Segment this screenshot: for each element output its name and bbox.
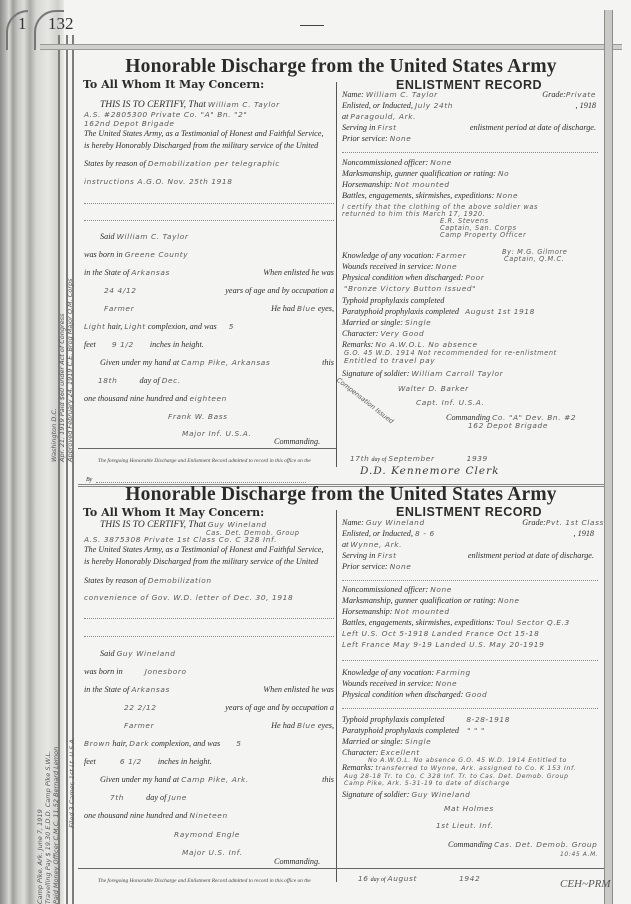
discharge-reason: Demobilization per telegraphic (148, 159, 280, 168)
testimonial-text: The United States Army, as a Testimonial… (84, 129, 323, 141)
blank-line (342, 660, 598, 661)
column-divider (336, 510, 337, 882)
blank-line (342, 152, 598, 153)
form-title: Honorable Discharge from the United Stat… (78, 56, 604, 78)
record-statement: The foregoing Honorable Discharge and En… (98, 878, 311, 884)
blank-line (96, 482, 306, 483)
enl-officer-name: Walter D. Barker (398, 384, 469, 396)
reason-line: States by reason of Demobilization per t… (84, 159, 280, 171)
enl-officer-rank: 1st Lieut. Inf. (436, 821, 493, 833)
discharge-form-1: Honorable Discharge from the United Stat… (78, 0, 604, 500)
given-year-line: one thousand nine hundred and Nineteen (84, 811, 228, 823)
margin-note: Travelling Pay $ 19.30 E.D.D. Camp Pike … (44, 751, 52, 904)
discharge-form-2: Honorable Discharge from the United Stat… (78, 484, 604, 904)
margin-note: Approved February 24, 1919 C.E. Brog Maj… (66, 278, 74, 462)
blank-line (84, 203, 334, 204)
given-year-line: one thousand nine hundred and eighteen (84, 394, 227, 406)
officer-rank: Major U.S. Inf. (182, 848, 243, 860)
said-line: Said Guy Wineland (100, 649, 176, 661)
blank-line (342, 708, 598, 709)
enl-physical-line: Physical condition when discharged: Good (342, 690, 487, 702)
margin-note: Camp Pike, Ark. June 7, 1919 (36, 809, 44, 904)
appearance-line: Brown hair, Dark complexion, and was 5 (84, 739, 334, 751)
tab-number: 1 (18, 14, 27, 34)
form-title: Honorable Discharge from the United Stat… (78, 484, 604, 506)
reason-line-2: instructions A.G.O. Nov. 25th 1918 (84, 177, 233, 189)
margin-note: Washington D.C. (50, 408, 58, 462)
compensation-note: Compensation Issued (335, 376, 395, 425)
soldier-name: William C. Taylor (208, 100, 280, 109)
height-line: feet 9 1/2 inches in height. (84, 340, 204, 352)
state-line: in the State of Arkansas When enlisted h… (84, 685, 334, 697)
birthplace-line: was born in Jonesboro (84, 667, 187, 679)
given-day-line: 18th day of Dec. (84, 376, 181, 388)
appearance-line: Light hair, Light complexion, and was 5 (84, 322, 334, 334)
enl-prior-line: Prior service: None (342, 134, 411, 146)
record-statement: The foregoing Honorable Discharge and En… (98, 458, 311, 464)
given-day-line: 7th day of June (84, 793, 187, 805)
height-line: feet 6 1/2 inches in height. (84, 757, 212, 769)
enl-officer-rank: Capt. Inf. U.S.A. (416, 398, 485, 410)
enl-officer-name: Mat Holmes (444, 804, 494, 816)
clerk-signature: D.D. Kennemore Clerk (360, 465, 499, 477)
remarks-note: Camp Pike, Ark. 5-31-19 to date of disch… (344, 778, 510, 790)
said-line: Said William C. Taylor (100, 232, 189, 244)
state-line: in the State of Arkansas When enlisted h… (84, 268, 334, 280)
testimonial-text: is hereby Honorably Discharged from the … (84, 141, 318, 153)
page-number: 132 (48, 14, 74, 34)
clothing-note-title: Camp Property Officer (440, 230, 526, 242)
margin-note: Apr. 21, 1919 Paid $60 under Act of Cong… (58, 314, 66, 462)
time-note: 10:45 A.M. (560, 849, 598, 861)
margin-note: Paid Money Officer C.M.C. 11.52 Bernard … (52, 747, 60, 904)
officer-signature: Raymond Engle (174, 830, 240, 842)
reason-line: States by reason of Demobilization (84, 576, 212, 588)
travel-note: Left France May 9-19 Landed U.S. May 20-… (342, 640, 544, 652)
testimonial-text: The United States Army, as a Testimonial… (84, 545, 323, 557)
enl-signature-line: Signature of soldier: William Carroll Ta… (342, 369, 503, 381)
salutation: To All Whom It May Concern: (83, 506, 264, 519)
victory-button-note: "Bronze Victory Button Issued" (344, 284, 476, 296)
divider (78, 868, 604, 869)
blank-line (342, 580, 598, 581)
age-line: 22 2/12 years of age and by occupation a (84, 703, 334, 715)
officer-signature: Frank W. Bass (168, 412, 228, 424)
blank-line (84, 618, 334, 619)
occupation-line: Farmer He had Blue eyes, (84, 304, 334, 316)
enl-prior-line: Prior service: None (342, 562, 411, 574)
remarks-note: Entitled to travel pay (344, 356, 435, 368)
age-line: 24 4/12 years of age and by occupation a (84, 286, 334, 298)
officer-rank: Major Inf. U.S.A. (182, 429, 251, 441)
right-border (604, 10, 613, 904)
column-divider (336, 82, 337, 467)
occupation-line: Farmer He had Blue eyes, (84, 721, 334, 733)
given-at-line: Given under my hand at Camp Pike, Ark. t… (100, 775, 334, 787)
divider (78, 448, 336, 449)
enl-signature-line: Signature of soldier: Guy Wineland (342, 790, 470, 802)
enl-commanding-unit: 162 Depot Brigade (468, 421, 548, 433)
reason-line-2: convenience of Gov. W.D. letter of Dec. … (84, 593, 293, 605)
margin-note: Filed 3 Camer, 1st Lt. U.S.A. (68, 737, 76, 828)
enlistment-record-title: ENLISTMENT RECORD (396, 505, 542, 519)
birthplace-line: was born in Greene County (84, 250, 188, 262)
record-date: 16 day of August 1942 (338, 874, 480, 886)
archive-stamp: CEH~PRM (560, 878, 611, 890)
salutation: To All Whom It May Concern: (83, 78, 264, 91)
blank-line (84, 220, 334, 221)
given-at-line: Given under my hand at Camp Pike, Arkans… (100, 358, 334, 370)
blank-line (84, 636, 334, 637)
testimonial-text: is hereby Honorably Discharged from the … (84, 557, 318, 569)
